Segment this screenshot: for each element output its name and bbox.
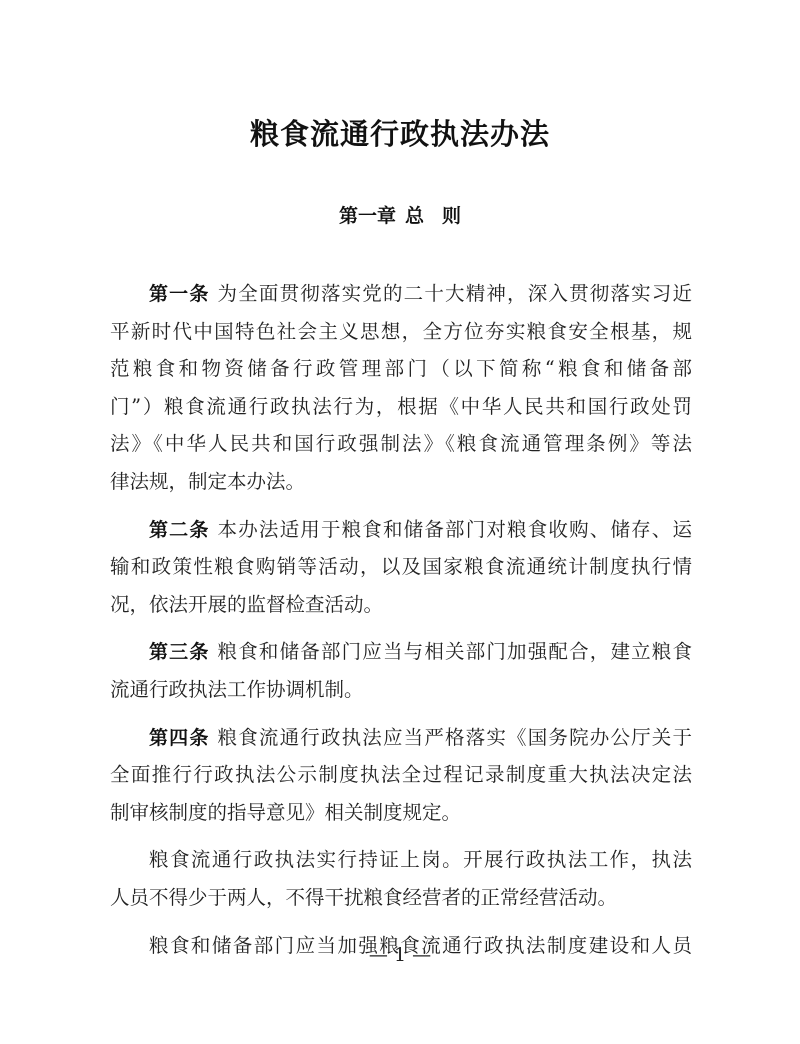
article-label: 第二条	[149, 519, 210, 541]
article-1-line-6: 律法规，制定本办法。	[110, 467, 692, 505]
paragraph-5-line-2: 人员不得少于两人，不得干扰粮食经营者的正常经营活动。	[110, 883, 692, 921]
chapter-name-part2: 则	[442, 205, 461, 227]
page-number: — 1 —	[0, 944, 800, 966]
article-2-line-3: 况，依法开展的监督检查活动。	[110, 590, 692, 628]
article-label: 第三条	[149, 641, 210, 663]
paragraph-5-line-1: 粮食流通行政执法实行持证上岗。开展行政执法工作，执法	[110, 845, 692, 883]
chapter-name-part1: 总	[405, 205, 424, 227]
article-label: 第四条	[149, 727, 210, 749]
article-1-line-3: 范粮食和物资储备行政管理部门（以下简称“粮食和储备部	[110, 354, 692, 392]
article-3-line-1: 第三条粮食和储备部门应当与相关部门加强配合，建立粮食	[110, 637, 692, 675]
document-page: 粮食流通行政执法办法 第一章总则 第一条为全面贯彻落实党的二十大精神，深入贯彻落…	[0, 0, 800, 1044]
article-label: 第一条	[149, 283, 210, 305]
article-4-line-1: 第四条粮食流通行政执法应当严格落实《国务院办公厅关于	[110, 723, 692, 761]
article-2-line-2: 输和政策性粮食购销等活动，以及国家粮食流通统计制度执行情	[110, 552, 692, 590]
article-1-line-2: 平新时代中国特色社会主义思想，全方位夯实粮食安全根基，规	[110, 317, 692, 355]
article-1-line-1: 第一条为全面贯彻落实党的二十大精神，深入贯彻落实习近	[110, 279, 692, 317]
article-1-line-5: 法》《中华人民共和国行政强制法》《粮食流通管理条例》等法	[110, 429, 692, 467]
article-2-line-1: 第二条本办法适用于粮食和储备部门对粮食收购、储存、运	[110, 515, 692, 553]
article-4-line-2: 全面推行行政执法公示制度执法全过程记录制度重大执法决定法	[110, 760, 692, 798]
chapter-number: 第一章	[339, 205, 396, 227]
article-1-line-4: 门”）粮食流通行政执法行为，根据《中华人民共和国行政处罚	[110, 392, 692, 430]
article-3-line-2: 流通行政执法工作协调机制。	[110, 675, 692, 713]
chapter-title: 第一章总则	[0, 201, 800, 228]
article-4-line-3: 制审核制度的指导意见》相关制度规定。	[110, 798, 692, 836]
document-title: 粮食流通行政执法办法	[0, 112, 800, 153]
document-body: 第一条为全面贯彻落实党的二十大精神，深入贯彻落实习近 平新时代中国特色社会主义思…	[110, 279, 692, 968]
